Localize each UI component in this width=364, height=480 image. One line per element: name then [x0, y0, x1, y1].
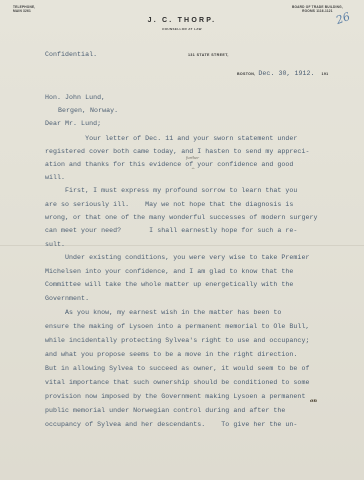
- body-line: provision now imposed by the Government …: [45, 393, 305, 400]
- body-line: while incidentally protecting Sylvea's r…: [45, 337, 309, 344]
- telephone-number: Main 3261: [13, 9, 35, 13]
- body-line: public memorial under Norwegian control …: [45, 407, 285, 414]
- letterhead-year-prefix: 191: [322, 72, 329, 76]
- letterhead-name: J. C. THORP.: [0, 17, 364, 24]
- recipient-location: Bergen, Norway.: [58, 107, 118, 114]
- letter-page: Telephone, Main 3261 Board of Trade Buil…: [0, 0, 364, 480]
- body-line: and what you propose seems to be a move …: [45, 351, 297, 358]
- body-line: ensure the making of Lysoen into a perma…: [45, 323, 309, 330]
- confidential-label: Confidential.: [45, 51, 97, 58]
- letterhead-telephone: Telephone, Main 3261: [13, 5, 35, 13]
- letterhead-street: 131 State Street,: [188, 53, 229, 57]
- body-line: Your letter of Dec. 11 and your sworn st…: [45, 135, 297, 142]
- handwritten-insert-on: on: [310, 398, 317, 404]
- body-line: wrong, or that one of the many wonderful…: [45, 214, 317, 221]
- body-line: Government.: [45, 295, 89, 302]
- handwritten-caret-mark: ^: [191, 167, 195, 173]
- body-line: Michelsen into your confidence, and I am…: [45, 268, 293, 275]
- letterhead-city: Boston,: [237, 72, 255, 76]
- body-line: sult.: [45, 241, 65, 248]
- handwritten-insert-further: further: [186, 156, 199, 160]
- body-line: First, I must express my profound sorrow…: [45, 187, 297, 194]
- body-line: Under existing conditions, you were very…: [45, 254, 309, 261]
- letterhead-building: Board of Trade Building, Rooms 1116-1121: [292, 5, 343, 13]
- body-line: As you know, my earnest wish in the matt…: [45, 309, 281, 316]
- body-line: occupancy of Sylvea and her descendants.…: [45, 421, 297, 428]
- body-line: But in allowing Sylvea to succeed as own…: [45, 365, 309, 372]
- building-rooms: Rooms 1116-1121: [292, 9, 343, 13]
- recipient-name: Hon. John Lund,: [45, 94, 105, 101]
- body-line: Committee will take the whole matter up …: [45, 281, 293, 288]
- salutation: Dear Mr. Lund;: [45, 120, 101, 127]
- body-line: will.: [45, 174, 65, 181]
- body-line: registered cover both came today, and I …: [45, 148, 309, 155]
- body-line: can meet your need? I shall earnestly ho…: [45, 227, 297, 234]
- body-line: are so seriously ill. May we not hope th…: [45, 201, 293, 208]
- letterhead-title: Counsellor at Law: [0, 27, 364, 31]
- dateline: Boston, Dec. 30, 1912. 191: [237, 70, 328, 77]
- body-line: ation and thanks for this evidence of yo…: [45, 161, 293, 168]
- letter-date: Dec. 30, 1912.: [258, 70, 314, 77]
- body-line: vital importance that such ownership sho…: [45, 379, 309, 386]
